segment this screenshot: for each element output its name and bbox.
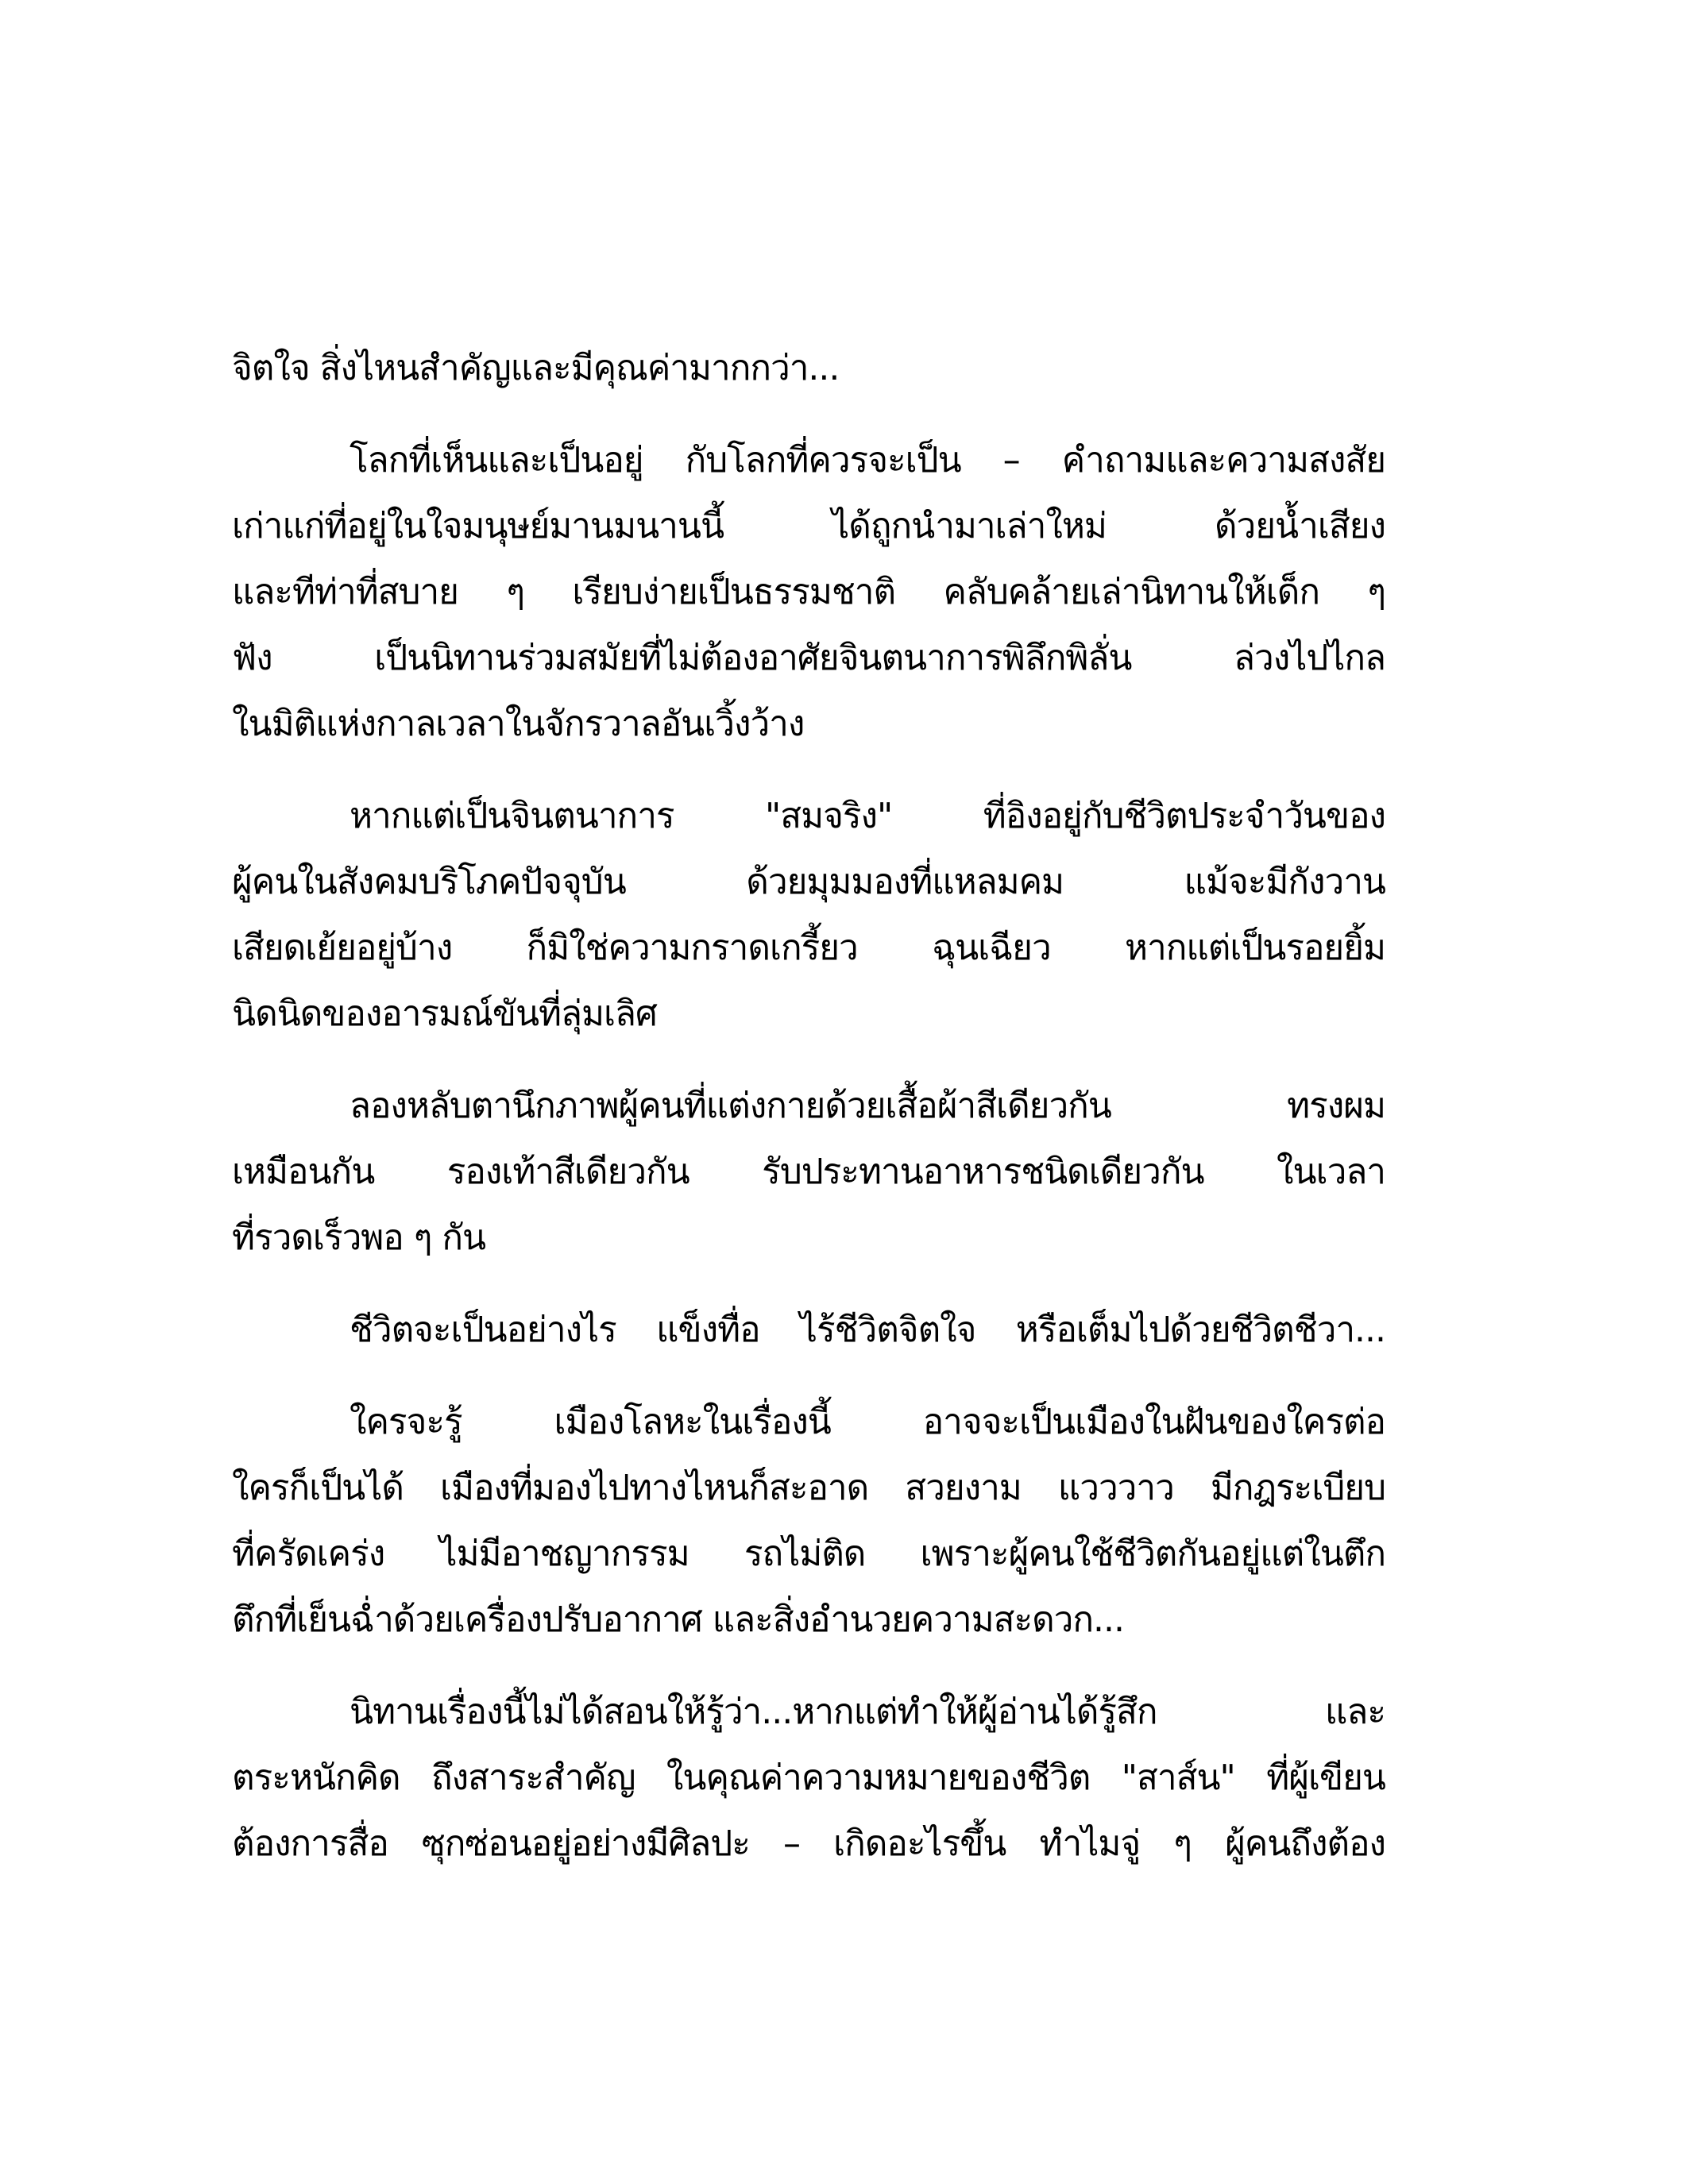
text-line: ที่ครัดเคร่ง ไม่มีอาชญากรรม รถไม่ติด เพร… [232, 1526, 1385, 1583]
paragraph-first-line: นิทานเรื่องนี้ไม่ได้สอนให้รู้ว่า...หากแต… [350, 1684, 1385, 1741]
text-line: ตระหนักคิด ถึงสาระสำคัญ ในคุณค่าความหมาย… [232, 1750, 1385, 1807]
text-line: เหมือนกัน รองเท้าสีเดียวกัน รับประทานอาห… [232, 1144, 1385, 1201]
text-line: ผู้คนในสังคมบริโภคปัจจุบัน ด้วยมุมมองที่… [232, 854, 1385, 911]
text-line: เก่าแก่ที่อยู่ในใจมนุษย์มานมนานนี้ ได้ถู… [232, 498, 1385, 555]
text-line: ใครก็เป็นได้ เมืองที่มองไปทางไหนก็สะอาด … [232, 1460, 1385, 1517]
text-line: ในมิติแห่งกาลเวลาในจักรวาลอันเวิ้งว้าง [232, 696, 1385, 753]
text-line: ตึกที่เย็นฉ่ำด้วยเครื่องปรับอากาศ และสิ่… [232, 1592, 1385, 1649]
paragraph-first-line: ลองหลับตานึกภาพผู้คนที่แต่งกายด้วยเสื้อผ… [350, 1078, 1385, 1135]
text-line: และทีท่าที่สบาย ๆ เรียบง่ายเป็นธรรมชาติ … [232, 564, 1385, 621]
text-line: นิดนิดของอารมณ์ขันที่ลุ่มเลิศ [232, 986, 1385, 1043]
paragraph-first-line: หากแต่เป็นจินตนาการ "สมจริง" ที่อิงอยู่ก… [350, 788, 1385, 845]
text-line: ที่รวดเร็วพอ ๆ กัน [232, 1210, 1385, 1267]
text-line: เสียดเย้ยอยู่บ้าง ก็มิใช่ความกราดเกรี้ยว… [232, 920, 1385, 977]
paragraph-first-line: โลกที่เห็นและเป็นอยู่ กับโลกที่ควรจะเป็น… [350, 432, 1385, 489]
text-line: ต้องการสื่อ ซุกซ่อนอยู่อย่างมีศิลปะ – เก… [232, 1815, 1385, 1873]
paragraph-first-line: ชีวิตจะเป็นอย่างไร แข็งทื่อ ไร้ชีวิตจิตใ… [350, 1302, 1385, 1359]
text-line: ฟัง เป็นนิทานร่วมสมัยที่ไม่ต้องอาศัยจินต… [232, 630, 1385, 687]
text-line: จิตใจ สิ่งไหนสำคัญและมีคุณค่ามากกว่า... [232, 340, 1385, 397]
paragraph-first-line: ใครจะรู้ เมืองโลหะในเรื่องนี้ อาจจะเป็นเ… [350, 1394, 1385, 1451]
